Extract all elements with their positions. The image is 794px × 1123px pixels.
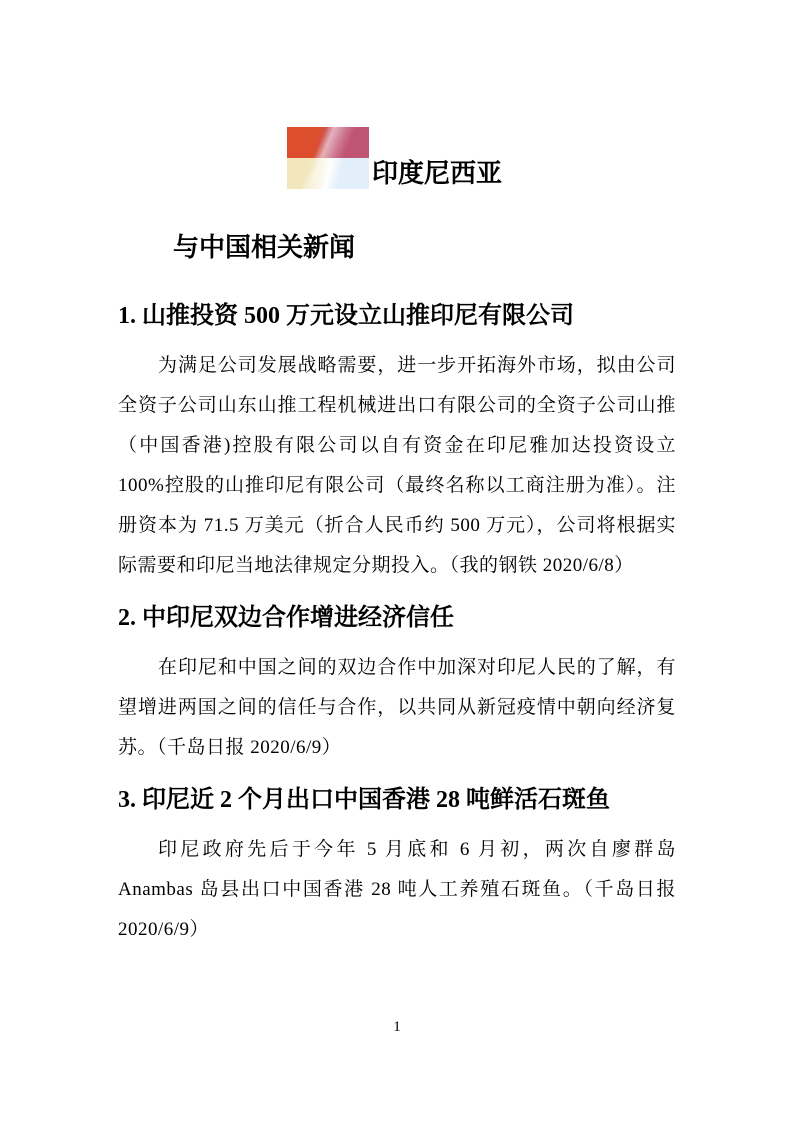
document-page: 印度尼西亚 与中国相关新闻 1. 山推投资 500 万元设立山推印尼有限公司 为… [0, 0, 794, 1123]
section-1-heading: 1. 山推投资 500 万元设立山推印尼有限公司 [118, 300, 676, 333]
brand-row: 印度尼西亚 [287, 127, 676, 189]
news-section-1: 1. 山推投资 500 万元设立山推印尼有限公司 为满足公司发展战略需要，进一步… [118, 300, 676, 586]
section-3-body: 印尼政府先后于今年 5 月底和 6 月初，两次自廖群岛 Anambas 岛县出口… [118, 830, 676, 950]
document-title: 印度尼西亚 [372, 161, 502, 187]
indonesia-flag-logo [287, 127, 369, 189]
news-section-2: 2. 中印尼双边合作增进经济信任 在印尼和中国之间的双边合作中加深对印尼人民的了… [118, 602, 676, 768]
section-1-body: 为满足公司发展战略需要，进一步开拓海外市场，拟由公司全资子公司山东山推工程机械进… [118, 346, 676, 586]
document-subtitle: 与中国相关新闻 [173, 231, 676, 265]
section-2-body: 在印尼和中国之间的双边合作中加深对印尼人民的了解，有望增进两国之间的信任与合作，… [118, 648, 676, 768]
section-3-heading: 3. 印尼近 2 个月出口中国香港 28 吨鲜活石斑鱼 [118, 784, 676, 817]
section-2-heading: 2. 中印尼双边合作增进经济信任 [118, 602, 676, 635]
logo-gloss-highlight [287, 127, 369, 189]
page-number: 1 [0, 1019, 794, 1036]
news-section-3: 3. 印尼近 2 个月出口中国香港 28 吨鲜活石斑鱼 印尼政府先后于今年 5 … [118, 784, 676, 950]
document-content: 印度尼西亚 与中国相关新闻 1. 山推投资 500 万元设立山推印尼有限公司 为… [118, 0, 676, 950]
